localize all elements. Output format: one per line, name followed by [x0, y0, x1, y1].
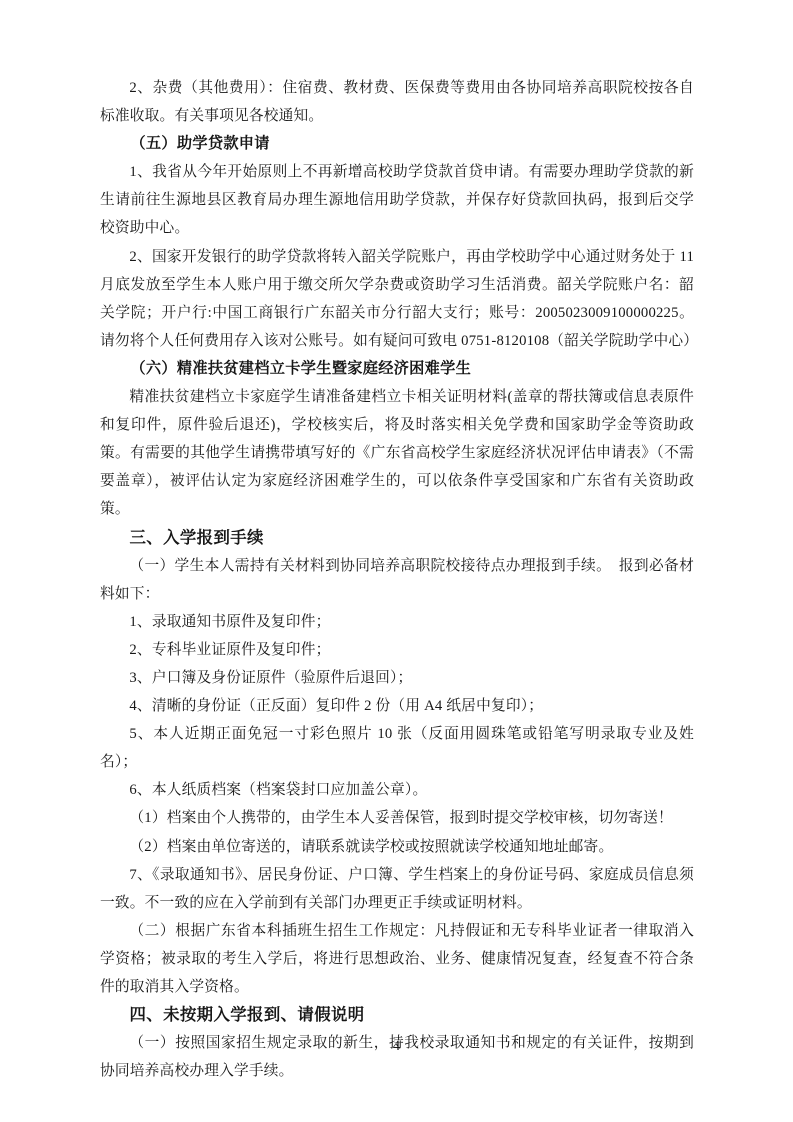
- paragraph-material-3: 3、户口簿及身份证原件（验原件后退回）；: [100, 664, 694, 692]
- document-page: 2、杂费（其他费用）：住宿费、教材费、医保费等费用由各协同培养高职院校按各自标准…: [0, 0, 793, 1122]
- paragraph-material-6: 6、本人纸质档案（档案袋封口应加盖公章）。: [100, 776, 694, 804]
- page-number: 4: [393, 1038, 400, 1054]
- heading-registration-procedure: 三、入学报到手续: [100, 524, 694, 552]
- paragraph-loan-item-2: 2、国家开发银行的助学贷款将转入韶关学院账户，再由学校助学中心通过财务处于 11…: [100, 243, 694, 355]
- paragraph-material-2: 2、专科毕业证原件及复印件；: [100, 636, 694, 664]
- paragraph-poverty-detail: 精准扶贫建档立卡家庭学生请准备建档立卡相关证明材料(盖章的帮扶簿或信息表原件和复…: [100, 383, 694, 523]
- heading-late-registration: 四、未按期入学报到、请假说明: [100, 1001, 694, 1029]
- heading-poverty-students: （六）精准扶贫建档立卡学生暨家庭经济困难学生: [100, 355, 694, 383]
- paragraph-qualification-check: （二）根据广东省本科插班生招生工作规定：凡持假证和无专科毕业证者一律取消入学资格…: [100, 917, 694, 1001]
- paragraph-material-4: 4、清晰的身份证（正反面）复印件 2 份（用 A4 纸居中复印）；: [100, 692, 694, 720]
- paragraph-misc-fees: 2、杂费（其他费用）：住宿费、教材费、医保费等费用由各协同培养高职院校按各自标准…: [100, 74, 694, 130]
- document-content: 2、杂费（其他费用）：住宿费、教材费、医保费等费用由各协同培养高职院校按各自标准…: [100, 74, 694, 1085]
- paragraph-material-7: 7、《录取通知书》、居民身份证、户口簿、学生档案上的身份证号码、家庭成员信息须一…: [100, 861, 694, 917]
- paragraph-archive-mail: （2）档案由单位寄送的，请联系就读学校或按照就读学校通知地址邮寄。: [100, 833, 694, 861]
- paragraph-archive-carry: （1）档案由个人携带的，由学生本人妥善保管，报到时提交学校审核，切勿寄送！: [100, 804, 694, 832]
- heading-loan-application: （五）助学贷款申请: [100, 130, 694, 158]
- page-footer: 4: [0, 1036, 793, 1056]
- paragraph-material-1: 1、录取通知书原件及复印件；: [100, 608, 694, 636]
- paragraph-loan-item-1: 1、我省从今年开始原则上不再新增高校助学贷款首贷申请。有需要办理助学贷款的新生请…: [100, 158, 694, 242]
- paragraph-registration-intro: （一）学生本人需持有关材料到协同培养高职院校接待点办理报到手续。 报到必备材料如…: [100, 552, 694, 608]
- paragraph-material-5: 5、本人近期正面免冠一寸彩色照片 10 张（反面用圆珠笔或铅笔写明录取专业及姓名…: [100, 720, 694, 776]
